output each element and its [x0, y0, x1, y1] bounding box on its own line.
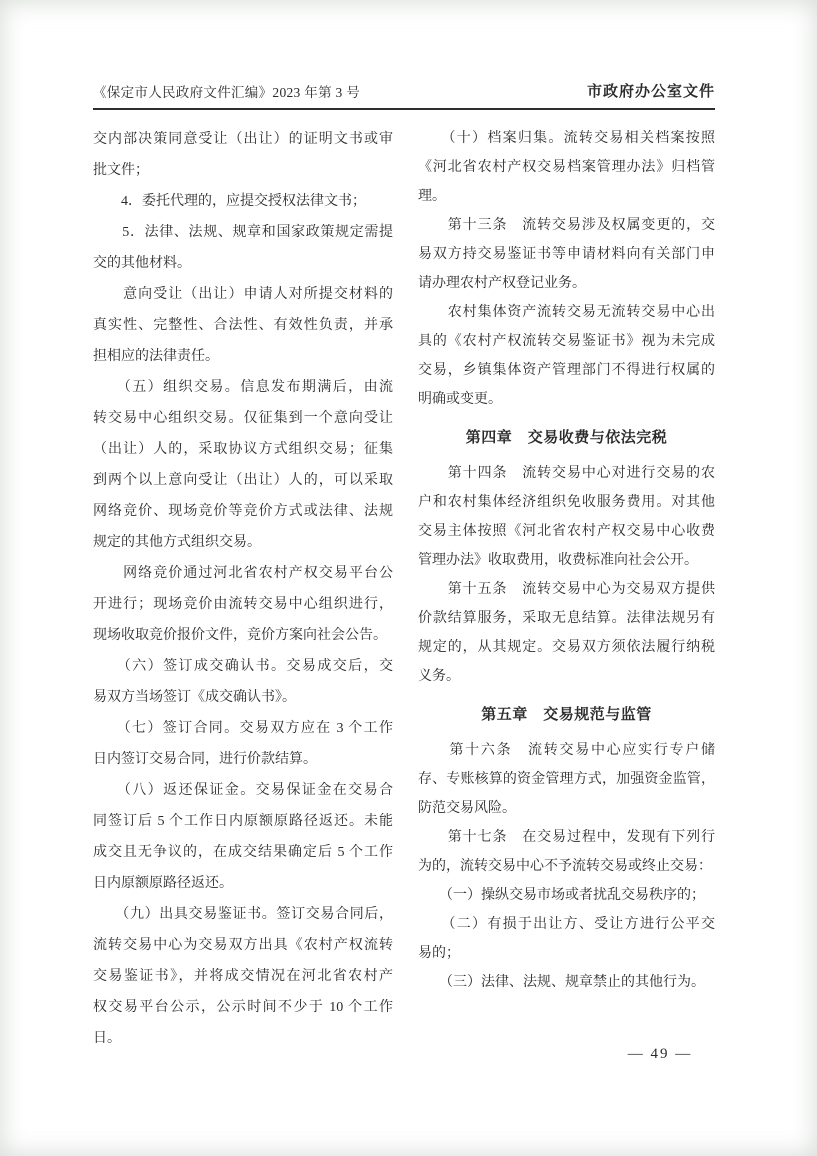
text-line: （一）操纵交易市场或者扰乱交易秩序的； — [418, 881, 715, 910]
text-line: 第十四条 流转交易中心对进行交易的农 — [418, 459, 715, 488]
page-number: — 49 — — [628, 1046, 693, 1062]
text-line: （六）签订成交确认书。交易成交后，交 — [93, 651, 393, 682]
text-line: 第十三条 流转交易涉及权属变更的，交 — [418, 211, 715, 240]
header-compilation-title: 《保定市人民政府文件汇编》2023 年第 3 号 — [93, 81, 360, 101]
two-column-body: 交内部决策同意受让（出让）的证明文书或审批文件； 4．委托代理的，应提交授权法律… — [93, 124, 715, 1054]
text-line: （八）返还保证金。交易保证金在交易合 — [93, 775, 393, 806]
text-line: 具的《农村产权流转交易鉴证书》视为未完成 — [418, 327, 715, 356]
text-line: 第十六条 流转交易中心应实行专户储 — [418, 736, 715, 765]
text-line: 防范交易风险。 — [418, 794, 715, 823]
text-line: 易双方持交易鉴证书等申请材料向有关部门申 — [418, 240, 715, 269]
text-line: 第十五条 流转交易中心为交易双方提供 — [418, 575, 715, 604]
paragraph: 4．委托代理的，应提交授权法律文书； — [93, 186, 393, 217]
paragraph: （七）签订合同。交易双方应在 3 个工作日内签订交易合同，进行价款结算。 — [93, 713, 393, 775]
left-column: 交内部决策同意受让（出让）的证明文书或审批文件； 4．委托代理的，应提交授权法律… — [93, 124, 393, 1054]
text-line: 管理办法》收取费用，收费标准向社会公开。 — [418, 546, 715, 575]
text-line: 为的，流转交易中心不予流转交易或终止交易： — [418, 852, 715, 881]
page-footer: — 49 — — [610, 1046, 710, 1063]
text-line: 开进行；现场竞价由流转交易中心组织进行， — [93, 589, 393, 620]
paragraph: 第十六条 流转交易中心应实行专户储存、专账核算的资金管理方式，加强资金监管，防范… — [418, 736, 715, 823]
page-content: 《保定市人民政府文件汇编》2023 年第 3 号 市政府办公室文件 交内部决策同… — [93, 80, 715, 1054]
text-line: 请办理农村产权登记业务。 — [418, 269, 715, 298]
paragraph: 第十三条 流转交易涉及权属变更的，交易双方持交易鉴证书等申请材料向有关部门申请办… — [418, 211, 715, 298]
text-line: 明确或变更。 — [418, 385, 715, 414]
text-line: 易的； — [418, 939, 715, 968]
text-line: （三）法律、法规、规章禁止的其他行为。 — [418, 968, 715, 997]
page-header: 《保定市人民政府文件汇编》2023 年第 3 号 市政府办公室文件 — [93, 80, 715, 110]
paragraph: 第十五条 流转交易中心为交易双方提供价款结算服务，采取无息结算。法律法规另有规定… — [418, 575, 715, 691]
text-line: 流转交易中心为交易双方出具《农村产权流转 — [93, 930, 393, 961]
text-line: 义务。 — [418, 662, 715, 691]
paragraph: （八）返还保证金。交易保证金在交易合同签订后 5 个工作日内原额原路径返还。未能… — [93, 775, 393, 899]
text-line: 网络竞价、现场竞价等竞价方式或法律、法规 — [93, 496, 393, 527]
paragraph: 交内部决策同意受让（出让）的证明文书或审批文件； — [93, 124, 393, 186]
text-line: 权交易平台公示，公示时间不少于 10 个工作 — [93, 992, 393, 1023]
paragraph: （三）法律、法规、规章禁止的其他行为。 — [418, 968, 715, 997]
text-line: 到两个以上意向受让（出让）人的，可以采取 — [93, 465, 393, 496]
chapter-heading: 第四章 交易收费与依法完税 — [418, 423, 715, 452]
right-column: （十）档案归集。流转交易相关档案按照《河北省农村产权交易档案管理办法》归档管理。… — [418, 124, 715, 1054]
text-line: 规定的，从其规定。交易双方须依法履行纳税 — [418, 633, 715, 662]
text-line: （出让）人的，采取协议方式组织交易；征集 — [93, 434, 393, 465]
text-line: 规定的其他方式组织交易。 — [93, 527, 393, 558]
text-line: 《河北省农村产权交易档案管理办法》归档管 — [418, 153, 715, 182]
text-line: 理。 — [418, 182, 715, 211]
text-line: 现场收取竞价报价文件，竞价方案向社会公告。 — [93, 620, 393, 651]
text-line: 交易主体按照《河北省农村产权交易中心收费 — [418, 517, 715, 546]
text-line: 易双方当场签订《成交确认书》。 — [93, 682, 393, 713]
text-line: 农村集体资产流转交易无流转交易中心出 — [418, 298, 715, 327]
text-line: 日。 — [93, 1023, 393, 1054]
text-line: 批文件； — [93, 155, 393, 186]
text-line: （七）签订合同。交易双方应在 3 个工作 — [93, 713, 393, 744]
text-line: 交易鉴证书》，并将成交情况在河北省农村产 — [93, 961, 393, 992]
text-line: 意向受让（出让）申请人对所提交材料的 — [93, 279, 393, 310]
paragraph: 第十四条 流转交易中心对进行交易的农户和农村集体经济组织免收服务费用。对其他交易… — [418, 459, 715, 575]
text-line: （十）档案归集。流转交易相关档案按照 — [418, 124, 715, 153]
document-page: 《保定市人民政府文件汇编》2023 年第 3 号 市政府办公室文件 交内部决策同… — [0, 0, 817, 1156]
text-line: 同签订后 5 个工作日内原额原路径返还。未能 — [93, 806, 393, 837]
text-line: 转交易中心组织交易。仅征集到一个意向受让 — [93, 403, 393, 434]
paragraph: 网络竞价通过河北省农村产权交易平台公开进行；现场竞价由流转交易中心组织进行，现场… — [93, 558, 393, 651]
paragraph: （五）组织交易。信息发布期满后，由流转交易中心组织交易。仅征集到一个意向受让（出… — [93, 372, 393, 558]
text-line: 5．法律、法规、规章和国家政策规定需提 — [93, 217, 393, 248]
text-line: 网络竞价通过河北省农村产权交易平台公 — [93, 558, 393, 589]
text-line: 户和农村集体经济组织免收服务费用。对其他 — [418, 488, 715, 517]
text-line: （五）组织交易。信息发布期满后，由流 — [93, 372, 393, 403]
text-line: 第十七条 在交易过程中，发现有下列行 — [418, 823, 715, 852]
header-document-category: 市政府办公室文件 — [587, 80, 715, 101]
text-line: （九）出具交易鉴证书。签订交易合同后， — [93, 899, 393, 930]
paragraph: 农村集体资产流转交易无流转交易中心出具的《农村产权流转交易鉴证书》视为未完成交易… — [418, 298, 715, 414]
text-line: 交内部决策同意受让（出让）的证明文书或审 — [93, 124, 393, 155]
text-line: 成交且无争议的，在成交结果确定后 5 个工作 — [93, 837, 393, 868]
text-line: 4．委托代理的，应提交授权法律文书； — [93, 186, 393, 217]
text-line: 价款结算服务，采取无息结算。法律法规另有 — [418, 604, 715, 633]
paragraph: （六）签订成交确认书。交易成交后，交易双方当场签订《成交确认书》。 — [93, 651, 393, 713]
text-line: 存、专账核算的资金管理方式，加强资金监管， — [418, 765, 715, 794]
paragraph: （一）操纵交易市场或者扰乱交易秩序的； — [418, 881, 715, 910]
paragraph: 5．法律、法规、规章和国家政策规定需提交的其他材料。 — [93, 217, 393, 279]
text-line: 日内原额原路径返还。 — [93, 868, 393, 899]
paragraph: 第十七条 在交易过程中，发现有下列行为的，流转交易中心不予流转交易或终止交易： — [418, 823, 715, 881]
text-line: （二）有损于出让方、受让方进行公平交 — [418, 910, 715, 939]
paragraph: （十）档案归集。流转交易相关档案按照《河北省农村产权交易档案管理办法》归档管理。 — [418, 124, 715, 211]
text-line: 担相应的法律责任。 — [93, 341, 393, 372]
paragraph: 意向受让（出让）申请人对所提交材料的真实性、完整性、合法性、有效性负责，并承担相… — [93, 279, 393, 372]
text-line: 真实性、完整性、合法性、有效性负责，并承 — [93, 310, 393, 341]
paragraph: （二）有损于出让方、受让方进行公平交易的； — [418, 910, 715, 968]
paragraph: （九）出具交易鉴证书。签订交易合同后，流转交易中心为交易双方出具《农村产权流转交… — [93, 899, 393, 1054]
chapter-heading: 第五章 交易规范与监管 — [418, 700, 715, 729]
text-line: 交的其他材料。 — [93, 248, 393, 279]
text-line: 日内签订交易合同，进行价款结算。 — [93, 744, 393, 775]
text-line: 交易，乡镇集体资产管理部门不得进行权属的 — [418, 356, 715, 385]
